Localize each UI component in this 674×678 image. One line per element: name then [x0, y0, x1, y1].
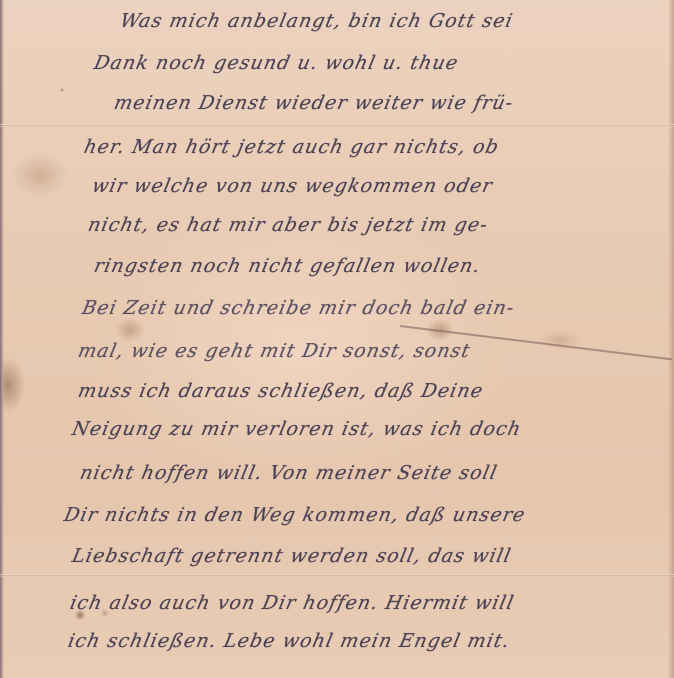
- text-line-10: muss ich daraus schließen, daß Deine: [76, 380, 486, 402]
- text-line-3: meinen Dienst wieder weiter wie frü-: [112, 92, 516, 114]
- text-line-4: her. Man hört jetzt auch gar nichts, ob: [82, 136, 501, 158]
- text-line-14: Liebschaft getrennt werden soll, das wil…: [70, 545, 514, 567]
- text-line-6: nicht, es hat mir aber bis jetzt im ge-: [86, 214, 490, 236]
- text-line-11: Neigung zu mir verloren ist, was ich doc…: [70, 418, 524, 440]
- text-line-9: mal, wie es geht mit Dir sonst, sonst: [76, 340, 473, 362]
- text-line-16: ich schließen. Lebe wohl mein Engel mit.: [66, 630, 512, 652]
- letter-page: Was mich anbelangt, bin ich Gott sei Dan…: [0, 0, 674, 678]
- text-line-8: Bei Zeit und schreibe mir doch bald ein-: [80, 297, 517, 319]
- text-line-13: Dir nichts in den Weg kommen, daß unsere: [62, 504, 528, 526]
- text-line-1: Was mich anbelangt, bin ich Gott sei: [118, 10, 515, 32]
- text-line-2: Dank noch gesund u. wohl u. thue: [92, 52, 461, 74]
- text-line-12: nicht hoffen will. Von meiner Seite soll: [78, 462, 500, 484]
- text-line-7: ringsten noch nicht gefallen wollen.: [92, 255, 483, 277]
- text-line-5: wir welche von uns wegkommen oder: [90, 175, 495, 197]
- handwritten-text: Was mich anbelangt, bin ich Gott sei Dan…: [0, 0, 674, 678]
- text-line-15: ich also auch von Dir hoffen. Hiermit wi…: [68, 592, 516, 614]
